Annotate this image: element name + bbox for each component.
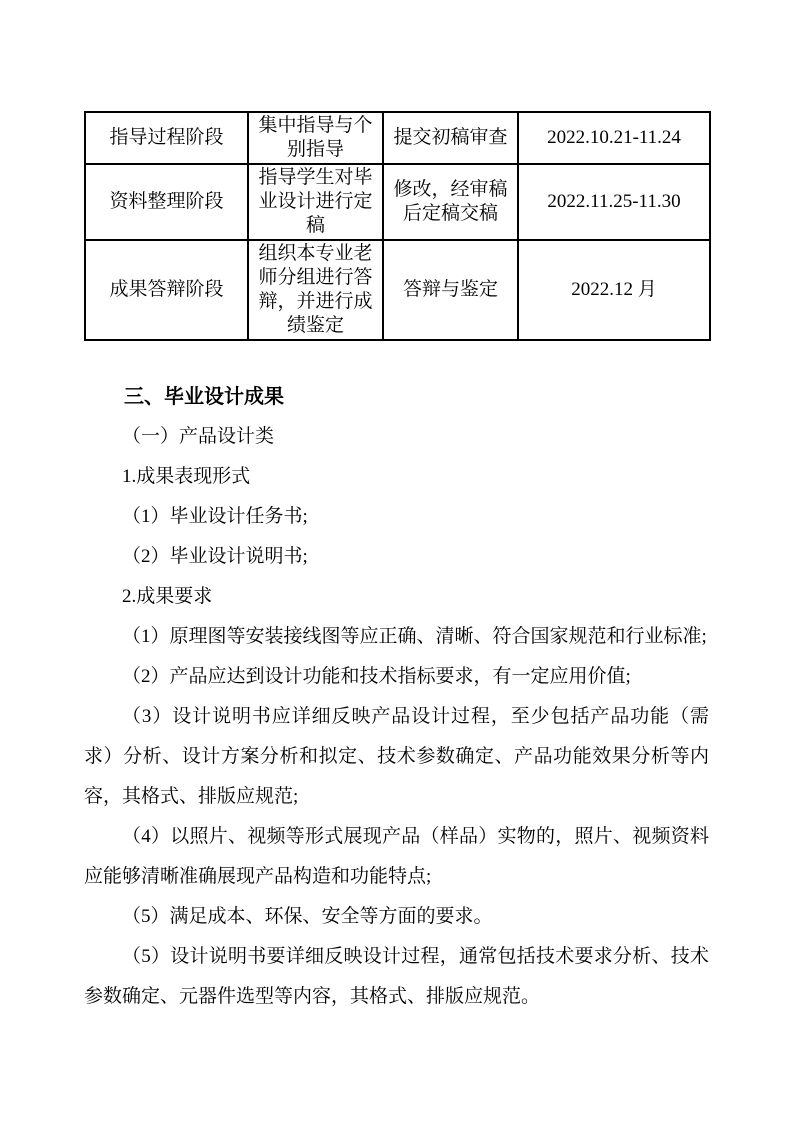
paragraph: （2）毕业设计说明书; bbox=[84, 537, 709, 577]
cell-time: 2022.10.21-11.24 bbox=[518, 112, 710, 164]
document-page: 指导过程阶段 集中指导与个别指导 提交初稿审查 2022.10.21-11.24… bbox=[0, 0, 793, 1122]
cell-task: 提交初稿审查 bbox=[383, 112, 518, 164]
cell-task: 修改，经审稿后定稿交稿 bbox=[383, 164, 518, 240]
cell-guidance: 集中指导与个别指导 bbox=[248, 112, 383, 164]
cell-time: 2022.12 月 bbox=[518, 240, 710, 340]
paragraph: （2）产品应达到设计功能和技术指标要求，有一定应用价值; bbox=[84, 657, 709, 697]
cell-time: 2022.11.25-11.30 bbox=[518, 164, 710, 240]
cell-stage: 指导过程阶段 bbox=[85, 112, 248, 164]
paragraph: （1）原理图等安装接线图等应正确、清晰、符合国家规范和行业标准; bbox=[84, 617, 709, 657]
paragraph: （3）设计说明书应详细反映产品设计过程，至少包括产品功能（需求）分析、设计方案分… bbox=[84, 697, 709, 817]
paragraph: 1.成果表现形式 bbox=[84, 457, 709, 497]
paragraph: 2.成果要求 bbox=[84, 577, 709, 617]
table-row: 资料整理阶段 指导学生对毕业设计进行定稿 修改，经审稿后定稿交稿 2022.11… bbox=[85, 164, 710, 240]
paragraph: （5）满足成本、环保、安全等方面的要求。 bbox=[84, 897, 709, 937]
schedule-table: 指导过程阶段 集中指导与个别指导 提交初稿审查 2022.10.21-11.24… bbox=[84, 111, 711, 341]
table-row: 成果答辩阶段 组织本专业老师分组进行答辩，并进行成绩鉴定 答辩与鉴定 2022.… bbox=[85, 240, 710, 340]
cell-stage: 成果答辩阶段 bbox=[85, 240, 248, 340]
paragraph: （一）产品设计类 bbox=[84, 417, 709, 457]
body-text: 三、毕业设计成果 （一）产品设计类 1.成果表现形式 （1）毕业设计任务书; （… bbox=[84, 377, 709, 1017]
table-row: 指导过程阶段 集中指导与个别指导 提交初稿审查 2022.10.21-11.24 bbox=[85, 112, 710, 164]
cell-stage: 资料整理阶段 bbox=[85, 164, 248, 240]
cell-task: 答辩与鉴定 bbox=[383, 240, 518, 340]
paragraph: （4）以照片、视频等形式展现产品（样品）实物的，照片、视频资料应能够清晰准确展现… bbox=[84, 817, 709, 897]
section-heading: 三、毕业设计成果 bbox=[84, 377, 709, 417]
cell-guidance: 指导学生对毕业设计进行定稿 bbox=[248, 164, 383, 240]
paragraph: （1）毕业设计任务书; bbox=[84, 497, 709, 537]
cell-guidance: 组织本专业老师分组进行答辩，并进行成绩鉴定 bbox=[248, 240, 383, 340]
paragraph: （5）设计说明书要详细反映设计过程，通常包括技术要求分析、技术参数确定、元器件选… bbox=[84, 937, 709, 1017]
